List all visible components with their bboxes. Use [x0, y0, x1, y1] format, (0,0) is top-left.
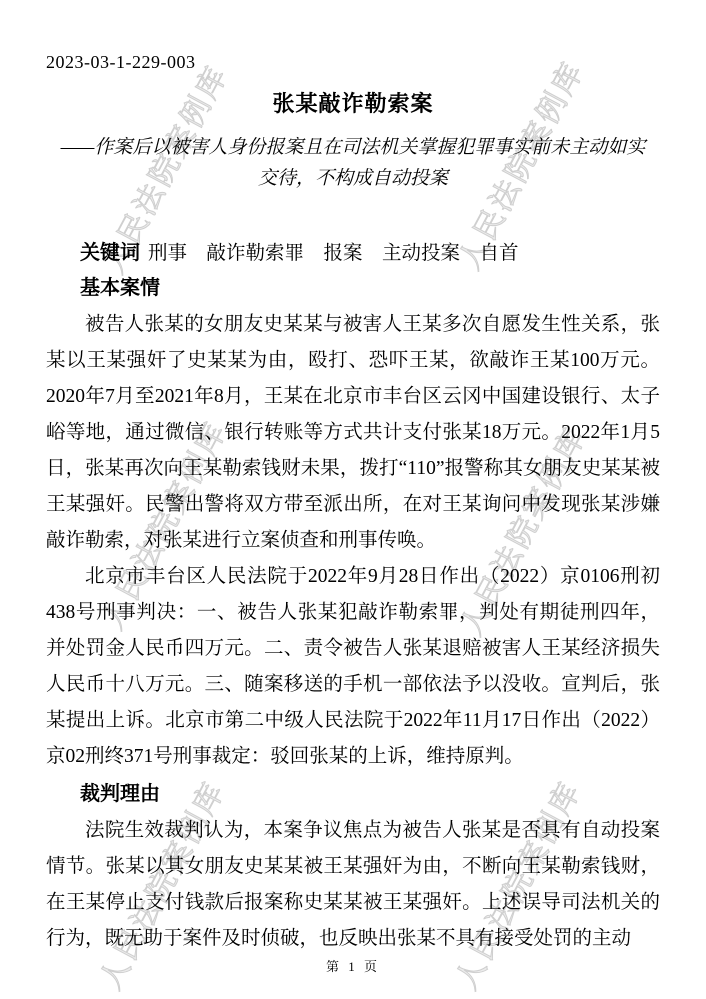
case-subtitle: ——作案后以被害人身份报案且在司法机关掌握犯罪事实前未主动如实 交待，不构成自动… [46, 132, 660, 194]
document-page: 人民法院案例库 人民法院案例库 人民法院案例库 人民法院案例库 人民法院案例库 … [0, 0, 706, 999]
doc-number: 2023-03-1-229-003 [46, 50, 660, 74]
page-footer: 第 1 页 [0, 956, 706, 975]
keywords-row: 关键词刑事 敲诈勒索罪 报案 主动投案 自首 [80, 238, 660, 269]
paragraph-judgment-reasons-1: 法院生效裁判认为，本案争议焦点为被告人张某是否具有自动投案情节。张某以其女朋友史… [46, 813, 660, 957]
keywords-list: 刑事 敲诈勒索罪 报案 主动投案 自首 [148, 243, 519, 264]
case-title: 张某敲诈勒索案 [46, 90, 660, 118]
paragraph-basic-facts-1: 被告人张某的女朋友史某某与被害人王某多次自愿发生性关系，张某以王某强奸了史某某为… [46, 307, 660, 559]
document-content: 2023-03-1-229-003 张某敲诈勒索案 ——作案后以被害人身份报案且… [0, 0, 706, 957]
paragraph-basic-facts-2: 北京市丰台区人民法院于2022年9月28日作出（2022）京0106刑初438号… [46, 559, 660, 775]
subtitle-line-2: 交待，不构成自动投案 [46, 163, 660, 194]
section-heading-judgment-reasons: 裁判理由 [80, 780, 660, 808]
section-heading-basic-facts: 基本案情 [80, 274, 660, 302]
keywords-label: 关键词 [80, 242, 140, 264]
subtitle-line-1: ——作案后以被害人身份报案且在司法机关掌握犯罪事实前未主动如实 [46, 132, 660, 163]
